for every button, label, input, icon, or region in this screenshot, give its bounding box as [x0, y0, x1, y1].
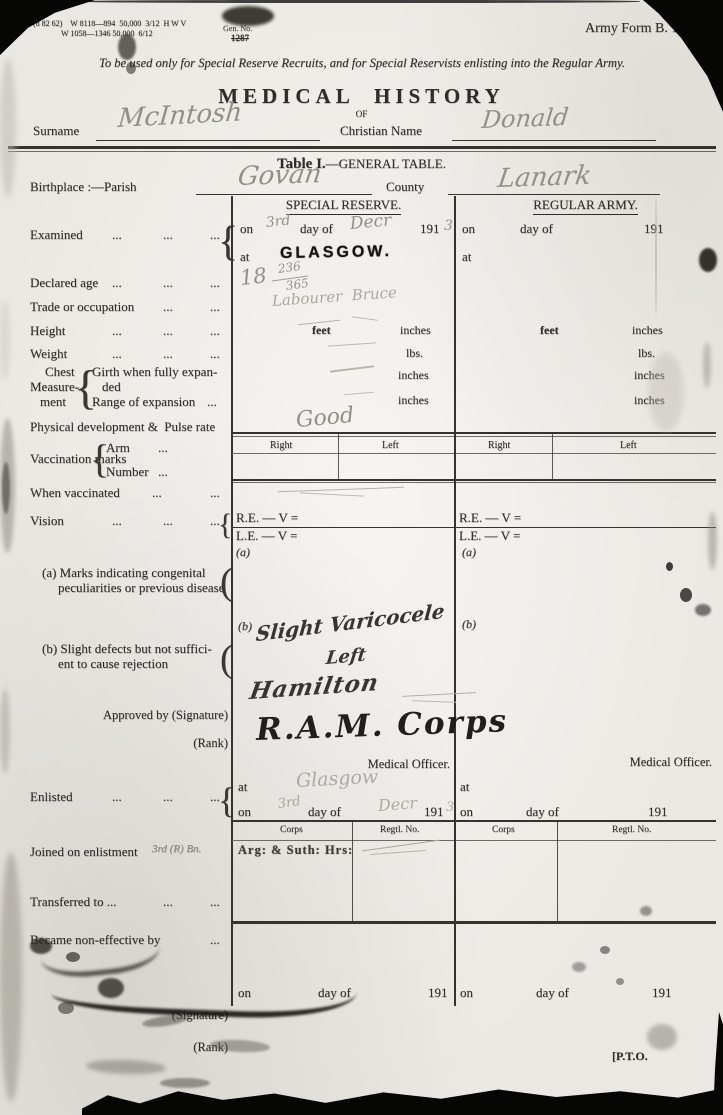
leader-dots: ...: [207, 395, 217, 410]
sr-corps-header: Corps: [280, 825, 303, 836]
table-heading: Table I.—GENERAL TABLE.: [0, 156, 723, 173]
ra-examined-on: on: [462, 222, 475, 237]
stain: [600, 946, 610, 954]
ra-a-mark: (a): [462, 546, 476, 560]
ra-b-mark: (b): [462, 618, 476, 632]
sr-enlisted-on: on: [238, 805, 251, 820]
when-vaccinated-label: When vaccinated: [30, 486, 120, 501]
stain: [58, 1002, 74, 1014]
examined-label: Examined: [30, 228, 83, 243]
leader-dots: ...: [210, 276, 220, 291]
regular-army-text: REGULAR ARMY.: [533, 198, 638, 215]
ra-examined-day-of: day of: [520, 222, 553, 237]
trade-label: Trade or occupation: [30, 300, 134, 315]
number-label: Number: [106, 465, 149, 480]
joined-battalion-stamp: 3rd (R) Bn.: [152, 843, 201, 856]
table-heading-rest: —GENERAL TABLE.: [326, 156, 446, 171]
stain: [703, 342, 711, 388]
stain: [708, 512, 717, 570]
stain: [695, 604, 711, 616]
sr-examined-month-handwriting: Decr: [349, 210, 392, 234]
leader-dots: ...: [163, 228, 173, 243]
birthplace-label: Birthplace :—Parish: [30, 180, 137, 195]
leader-dots: ...: [163, 300, 173, 315]
printer-code-line1: (8 82 62) W 8118—894 50,000 3/12 H W V: [33, 19, 186, 28]
sr-defect-value: Slight Varicocele: [255, 599, 446, 647]
column-header-regular-army: REGULAR ARMY.: [455, 198, 716, 215]
sr-noneff-year: 191: [428, 986, 448, 1001]
sr-examined-year-digit: 3: [444, 218, 453, 234]
leader-dots: ...: [210, 300, 220, 315]
note-b-line1: (b) Slight defects but not suffici-: [42, 642, 212, 657]
christian-name-value: Donald: [481, 103, 570, 134]
leader-dots: ...: [112, 276, 122, 291]
pto-label: [P.T.O.: [612, 1050, 648, 1064]
ra-examined-year: 191: [644, 222, 664, 237]
torn-edge-top: [80, 0, 640, 3]
sr-range-inches: inches: [398, 394, 429, 408]
sr-enlisted-month: Decr: [377, 793, 417, 815]
rank-label: (Rank): [20, 736, 228, 750]
leader-dots: ...: [210, 324, 220, 339]
stain: [572, 962, 586, 972]
stain: [160, 1078, 210, 1088]
ra-enlisted-year: 191: [648, 805, 668, 820]
ra-noneff-day-of: day of: [536, 986, 569, 1001]
girth-label-1: Girth when fully expan-: [92, 365, 217, 380]
leader-dots: ...: [210, 486, 220, 501]
ra-noneff-year: 191: [652, 986, 672, 1001]
transferred-label: Transferred to ...: [30, 895, 117, 910]
leader-dots: ...: [112, 347, 122, 362]
sr-b-mark: (b): [238, 620, 252, 634]
sr-enlisted-day: 3rd: [277, 794, 302, 812]
sr-examined-at: at: [240, 250, 249, 265]
leader-dots: ...: [163, 514, 173, 529]
restriction-note: To be used only for Special Reserve Recr…: [12, 56, 712, 70]
range-label: Range of expansion: [92, 395, 195, 410]
stain: [222, 6, 274, 26]
enlisted-label: Enlisted: [30, 790, 73, 805]
chest-label-1: Chest: [45, 365, 75, 380]
stain: [699, 248, 717, 272]
leader-dots: ...: [112, 790, 122, 805]
ra-height-feet: feet: [540, 324, 559, 338]
stain: [0, 58, 16, 198]
sr-enlisted-place: Glasgow: [295, 766, 378, 792]
leader-dots: ...: [210, 933, 220, 948]
physical-development-label: Physical development & Pulse rate: [30, 420, 215, 435]
stain: [2, 462, 10, 514]
sr-height-feet: feet: [312, 324, 331, 338]
stain: [98, 978, 124, 998]
sr-a-mark: (a): [236, 546, 250, 560]
stain: [66, 952, 80, 962]
examined-brace: {: [218, 218, 238, 266]
stain: [118, 34, 136, 60]
stain: [647, 1024, 677, 1050]
sr-girth-inches: inches: [398, 369, 429, 383]
sr-vacc-left-header: Left: [382, 440, 399, 452]
ra-regtl-header: Regtl. No.: [612, 825, 651, 836]
sr-height-inches: inches: [400, 324, 431, 338]
declared-age-value: 18: [239, 263, 268, 290]
ra-weight-lbs: lbs.: [638, 347, 655, 361]
stain: [648, 352, 684, 432]
ra-enlisted-at: at: [460, 780, 469, 795]
surname-value: McIntosh: [117, 97, 244, 134]
note-a-line2: peculiarities or previous disease: [58, 581, 224, 596]
leader-dots: ...: [158, 465, 168, 480]
ra-vacc-left-header: Left: [620, 440, 637, 452]
parish-value: Govan: [236, 159, 324, 192]
stain: [86, 1059, 166, 1076]
arm-label: Arm: [106, 441, 130, 456]
leader-dots: ...: [152, 486, 162, 501]
page-title: MEDICAL HISTORY: [0, 84, 723, 108]
gen-no-value: 1287: [231, 33, 249, 43]
stain: [666, 562, 673, 571]
sr-vacc-right-header: Right: [270, 440, 292, 452]
leader-dots: ...: [163, 276, 173, 291]
girth-label-2: ded: [102, 380, 121, 395]
ra-examined-at: at: [462, 250, 471, 265]
leader-dots: ...: [210, 895, 220, 910]
torn-edge-bottom-right: [713, 1012, 723, 1115]
leader-dots: ...: [163, 347, 173, 362]
leader-dots: ...: [112, 228, 122, 243]
ra-noneff-on: on: [460, 986, 473, 1001]
sr-enlisted-year-digit: 3: [446, 800, 454, 815]
chest-label-2: Measure-: [30, 380, 79, 395]
stain: [0, 852, 22, 1102]
enlisted-brace: {: [218, 780, 235, 821]
approved-by-label: Approved by (Signature): [20, 708, 228, 722]
leader-dots: ...: [163, 324, 173, 339]
height-label: Height: [30, 324, 65, 339]
note-b-paren: (: [220, 638, 233, 682]
joined-corps-stamp: Arg: & Suth: Hrs:: [238, 843, 353, 857]
sr-enlisted-year: 191: [424, 805, 444, 820]
ra-medical-officer-label: Medical Officer.: [560, 755, 712, 769]
christian-name-label: Christian Name: [340, 124, 422, 139]
stain: [680, 588, 692, 602]
stain: [30, 938, 52, 954]
leader-dots: ...: [112, 514, 122, 529]
vision-label: Vision: [30, 514, 64, 529]
physical-development-value: Good: [295, 403, 355, 433]
sr-vision-le: L.E. — V =: [236, 529, 297, 544]
sr-examined-day-of: day of: [300, 222, 333, 237]
note-a-paren: (: [220, 561, 233, 605]
stain: [0, 688, 10, 774]
sr-examined-year: 191: [420, 222, 440, 237]
leader-dots: ...: [163, 790, 173, 805]
sr-enlisted-at: at: [238, 780, 247, 795]
printer-code-line2: W 1058—1346 50,000 6/12: [61, 29, 153, 38]
ra-corps-header: Corps: [492, 825, 515, 836]
declared-age-label: Declared age: [30, 276, 98, 291]
county-label: County: [386, 180, 424, 195]
chest-label-3: ment: [40, 395, 66, 410]
surname-label: Surname: [33, 124, 79, 139]
vision-brace: {: [218, 508, 232, 543]
county-value: Lanark: [496, 161, 593, 194]
bottom-rank-label: (Rank): [20, 1040, 228, 1054]
stain: [640, 906, 652, 916]
leader-dots: ...: [163, 895, 173, 910]
crease: [655, 196, 657, 316]
stain: [616, 978, 624, 985]
sr-examined-on: on: [240, 222, 253, 237]
note-a-line1: (a) Marks indicating congenital: [42, 566, 206, 581]
approver-signature: Hamilton: [248, 669, 382, 705]
column-header-special-reserve: SPECIAL RESERVE.: [232, 198, 455, 215]
declared-age-fraction-numerator: 236: [277, 259, 302, 276]
leader-dots: ...: [210, 347, 220, 362]
torn-edge-bottom: [82, 1086, 723, 1115]
stain: [126, 62, 136, 74]
sr-weight-lbs: lbs.: [406, 347, 423, 361]
ra-vacc-right-header: Right: [488, 440, 510, 452]
stain: [0, 300, 10, 380]
sr-examined-day-handwriting: 3rd: [265, 212, 291, 230]
sr-defect-side: Left: [325, 644, 368, 669]
ra-vision-re: R.E. — V =: [459, 511, 521, 526]
sr-regtl-header: Regtl. No.: [380, 825, 419, 836]
ra-vision-le: L.E. — V =: [459, 529, 520, 544]
leader-dots: ...: [112, 324, 122, 339]
note-b-line2: ent to cause rejection: [58, 657, 168, 672]
leader-dots: ...: [158, 441, 168, 456]
ram-corps-stamp: R.A.M. Corps: [255, 703, 508, 748]
ra-enlisted-on: on: [460, 805, 473, 820]
ra-enlisted-day-of: day of: [526, 805, 559, 820]
sr-enlisted-day-of: day of: [308, 805, 341, 820]
medical-history-form: (8 82 62) W 8118—894 50,000 3/12 H W V W…: [0, 0, 723, 1115]
joined-on-enlistment-label: Joined on enlistment: [30, 845, 138, 860]
sr-vision-re: R.E. — V =: [236, 511, 298, 526]
title-of: OF: [0, 109, 723, 119]
weight-label: Weight: [30, 347, 67, 362]
ra-height-inches: inches: [632, 324, 663, 338]
